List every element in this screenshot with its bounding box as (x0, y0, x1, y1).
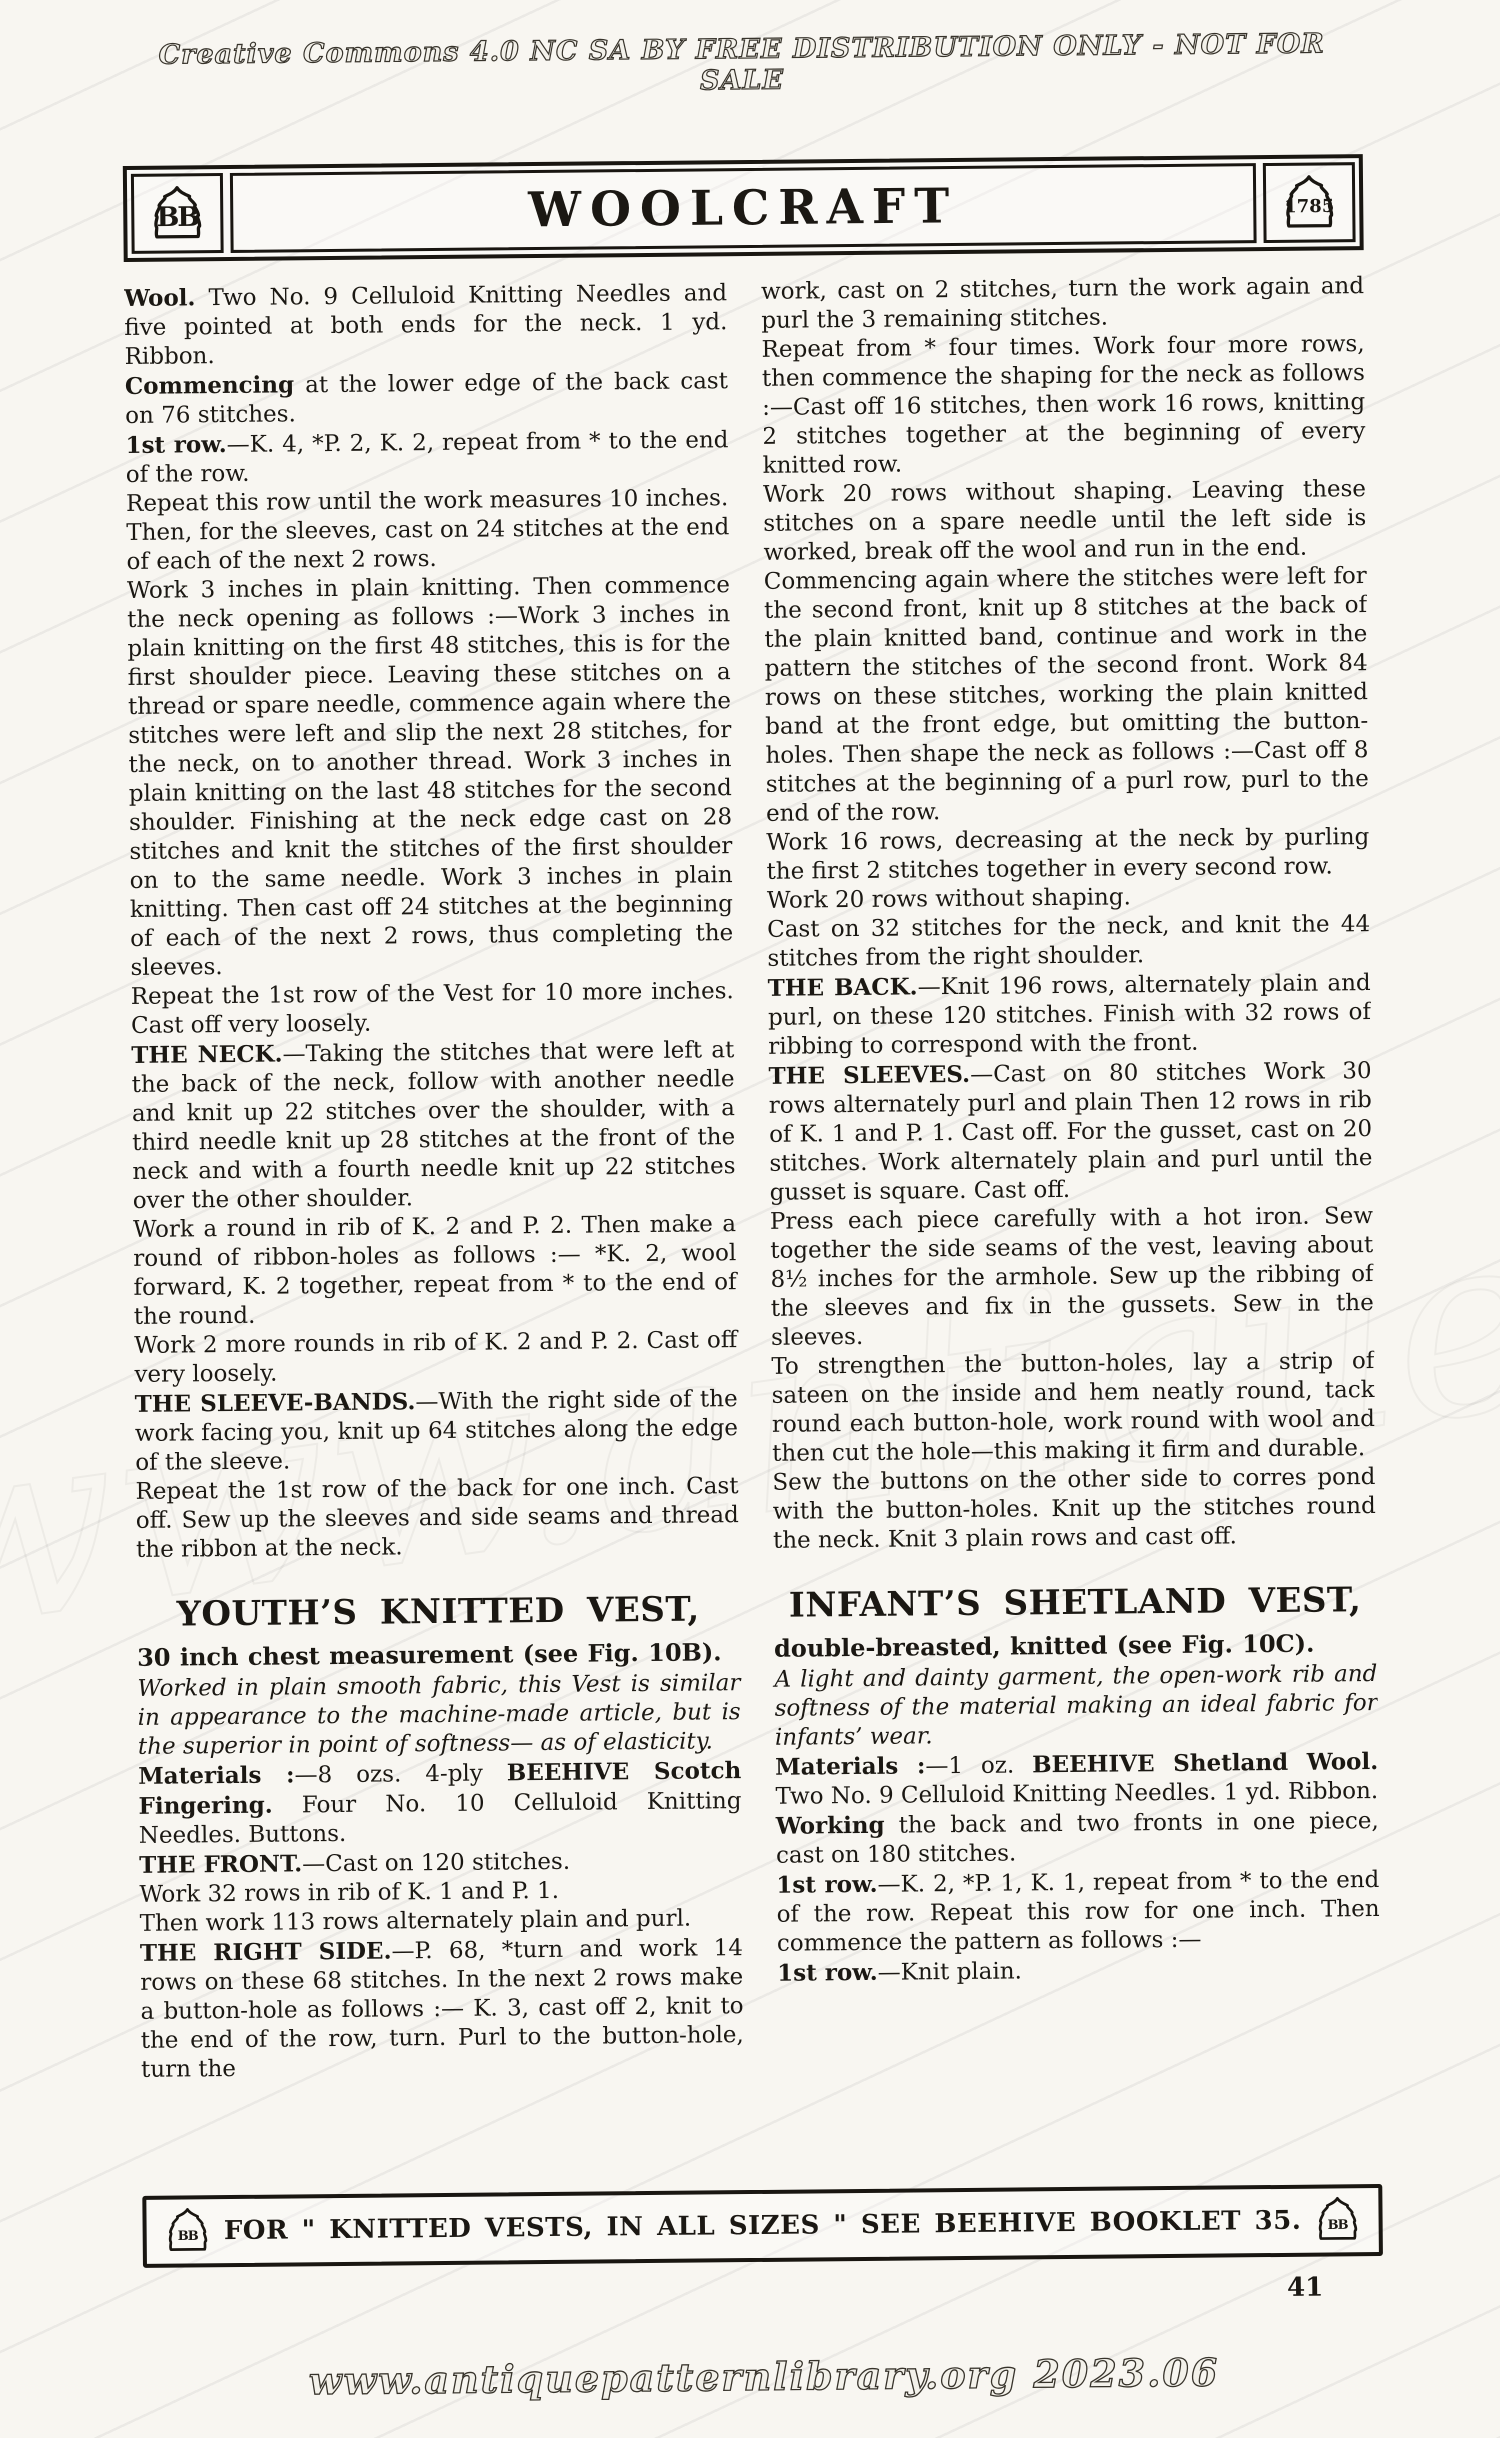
section-title: YOUTH’S KNITTED VEST, (137, 1589, 740, 1635)
bold-run: THE NECK. (131, 1040, 282, 1068)
paragraph: Repeat the 1st row of the back for one i… (135, 1472, 739, 1565)
section-subtitle: 30 inch chest measurement (see Fig. 10B)… (137, 1637, 740, 1673)
page-number: 41 (143, 2272, 1383, 2314)
paragraph: 1st row.—Knit plain. (777, 1953, 1380, 1989)
paragraph: Then, for the sleeves, cast on 24 stitch… (126, 513, 730, 577)
left-column: Wool. Two No. 9 Celluloid Knitting Needl… (124, 278, 745, 2182)
paragraph: Work 20 rows without shaping. Leaving th… (763, 475, 1367, 568)
text-run: —Cast on 120 stitches. (302, 1849, 570, 1878)
italic-paragraph: A light and dainty garment, the open-wor… (774, 1660, 1378, 1753)
license-banner: Creative Commons 4.0 NC SA BY FREE DISTR… (122, 28, 1363, 102)
library-watermark: www.antiquepatternlibrary.org 2023.06 (144, 2348, 1384, 2405)
paragraph: Wool. Two No. 9 Celluloid Knitting Needl… (124, 278, 728, 372)
text-run: Repeat the 1st row of the Vest for 10 mo… (131, 978, 734, 1039)
bold-run: 1st row. (776, 1871, 877, 1899)
text-run: —8 ozs. 4-ply (294, 1760, 507, 1788)
page-sheet: Creative Commons 4.0 NC SA BY FREE DISTR… (121, 0, 1384, 2405)
bold-run: THE RIGHT SIDE. (140, 1937, 392, 1966)
italic-run: Worked in plain smooth fabric, this Vest… (137, 1670, 741, 1760)
paragraph: Repeat the 1st row of the Vest for 10 mo… (131, 977, 735, 1041)
section-title: INFANT’S SHETLAND VEST, (773, 1580, 1376, 1626)
paragraph: Work 2 more rounds in rib of K. 2 and P.… (134, 1326, 738, 1390)
section-subtitle: double-breasted, knitted (see Fig. 10C). (774, 1628, 1377, 1664)
text-run: Repeat the 1st row of the back for one i… (135, 1473, 739, 1563)
paragraph: THE SLEEVES.—Cast on 80 stitches Work 30… (768, 1056, 1372, 1208)
bold-run: Working (776, 1812, 885, 1840)
paragraph: 1st row.—K. 4, *P. 2, K. 2, repeat from … (125, 425, 729, 490)
right-column: work, cast on 2 stitches, turn the work … (761, 272, 1382, 2176)
paragraph: Cast on 32 stitches for the neck, and kn… (767, 910, 1371, 974)
badge-monogram: BB (134, 202, 220, 234)
paragraph: THE NECK.—Taking the stitches that were … (131, 1035, 736, 1216)
paragraph: Work 3 inches in plain knitting. Then co… (127, 571, 734, 983)
badge-monogram: BB (161, 2229, 215, 2245)
paragraph: Work 16 rows, decreasing at the neck by … (766, 823, 1370, 887)
text-run: Work 20 rows without shaping. Leaving th… (763, 476, 1367, 566)
paragraph: Commencing again where the stitches were… (764, 562, 1369, 829)
paragraph: Materials :—1 oz. BEEHIVE Shetland Wool.… (775, 1747, 1379, 1812)
paragraph: THE SLEEVE-BANDS.—With the right side of… (135, 1384, 739, 1478)
text-run: Then work 113 rows alternately plain and… (140, 1906, 692, 1937)
beehive-badge-right: 1785 (1263, 162, 1356, 243)
text-run: Commencing again where the stitches were… (764, 563, 1369, 827)
text-run: Repeat this row until the work measures … (126, 485, 728, 517)
paragraph: Sew the buttons on the other side to cor… (772, 1463, 1376, 1556)
italic-paragraph: Worked in plain smooth fabric, this Vest… (137, 1669, 741, 1762)
bold-run: 1st row. (777, 1959, 878, 1987)
text-run: Work 16 rows, decreasing at the neck by … (766, 824, 1369, 885)
paragraph: Work a round in rib of K. 2 and P. 2. Th… (133, 1210, 737, 1332)
text-run: Then, for the sleeves, cast on 24 stitch… (126, 514, 729, 575)
text-run: Work 2 more rounds in rib of K. 2 and P.… (134, 1327, 737, 1388)
text-run: Work a round in rib of K. 2 and P. 2. Th… (133, 1211, 737, 1330)
paragraph: work, cast on 2 stitches, turn the work … (761, 272, 1365, 336)
text-run: Work 32 rows in rib of K. 1 and P. 1. (139, 1878, 559, 1908)
masthead: BB WOOLCRAFT 1785 (123, 154, 1364, 262)
footer-notice-text: FOR " KNITTED VESTS, IN ALL SIZES " SEE … (214, 2206, 1310, 2247)
paragraph: THE RIGHT SIDE.—P. 68, *turn and work 14… (140, 1933, 744, 2085)
scanned-page: www.antiquepatternlibrary.org 2023.06 Cr… (0, 0, 1500, 2438)
bold-run: Wool. (124, 284, 196, 312)
text-run: Work 3 inches in plain knitting. Then co… (127, 572, 734, 981)
paragraph: Commencing at the lower edge of the back… (125, 366, 729, 431)
bold-run: Materials : (775, 1752, 925, 1780)
paragraph: Repeat from * four times. Work four more… (761, 330, 1365, 481)
paragraph: To strengthen the button-holes, lay a st… (771, 1347, 1375, 1469)
text-run: To strengthen the button-holes, lay a st… (771, 1348, 1375, 1467)
paragraph: Press each piece carefully with a hot ir… (770, 1202, 1374, 1353)
text-run: Cast on 32 stitches for the neck, and kn… (767, 911, 1370, 972)
beehive-badge-footer-left: BB (160, 2204, 215, 2259)
bold-run: 30 inch chest measurement (see Fig. 10B)… (137, 1637, 722, 1672)
paragraph: 1st row.—K. 2, *P. 1, K. 1, repeat from … (776, 1865, 1380, 1959)
bold-run: BEEHIVE Shetland Wool. (1032, 1748, 1378, 1778)
bold-run: THE SLEEVES. (768, 1061, 970, 1090)
bold-run: Materials : (138, 1761, 295, 1789)
badge-year: 1785 (1266, 196, 1352, 218)
bold-run: THE FRONT. (139, 1850, 302, 1879)
beehive-badge-left: BB (131, 173, 224, 254)
footer-notice-box: BB FOR " KNITTED VESTS, IN ALL SIZES " S… (142, 2184, 1383, 2268)
paragraph: Working the back and two fronts in one p… (776, 1806, 1380, 1871)
paragraph: THE BACK.—Knit 196 rows, alternately pla… (768, 968, 1372, 1062)
bold-run: Commencing (125, 371, 294, 400)
bold-run: double-breasted, knitted (see Fig. 10C). (774, 1629, 1315, 1663)
text-run: Press each piece carefully with a hot ir… (770, 1203, 1374, 1351)
masthead-title-box: WOOLCRAFT (230, 163, 1257, 253)
text-run: —1 oz. (925, 1752, 1032, 1779)
publication-title: WOOLCRAFT (528, 178, 959, 238)
bold-run: INFANT’S SHETLAND VEST, (789, 1580, 1362, 1625)
paragraph: Materials :—8 ozs. 4-ply BEEHIVE Scotch … (138, 1756, 742, 1851)
text-run: —Knit plain. (878, 1958, 1022, 1985)
text-columns: Wool. Two No. 9 Celluloid Knitting Needl… (124, 272, 1382, 2182)
beehive-badge-footer-right: BB (1310, 2193, 1365, 2248)
bold-run: YOUTH’S KNITTED VEST, (176, 1590, 699, 1635)
bold-run: THE BACK. (768, 973, 918, 1001)
bold-run: 1st row. (125, 431, 226, 459)
text-run: work, cast on 2 stitches, turn the work … (761, 273, 1364, 334)
bold-run: THE SLEEVE-BANDS. (135, 1388, 416, 1418)
text-run: Sew the buttons on the other side to cor… (772, 1464, 1376, 1554)
text-run: Two No. 9 Celluloid Knitting Needles and… (124, 280, 727, 370)
badge-monogram: BB (1311, 2218, 1365, 2234)
text-run: Work 20 rows without shaping. (767, 884, 1131, 913)
text-run: Two No. 9 Celluloid Knitting Needles. 1 … (775, 1778, 1378, 1810)
text-run: Repeat from * four times. Work four more… (761, 331, 1365, 479)
italic-run: A light and dainty garment, the open-wor… (774, 1661, 1378, 1751)
